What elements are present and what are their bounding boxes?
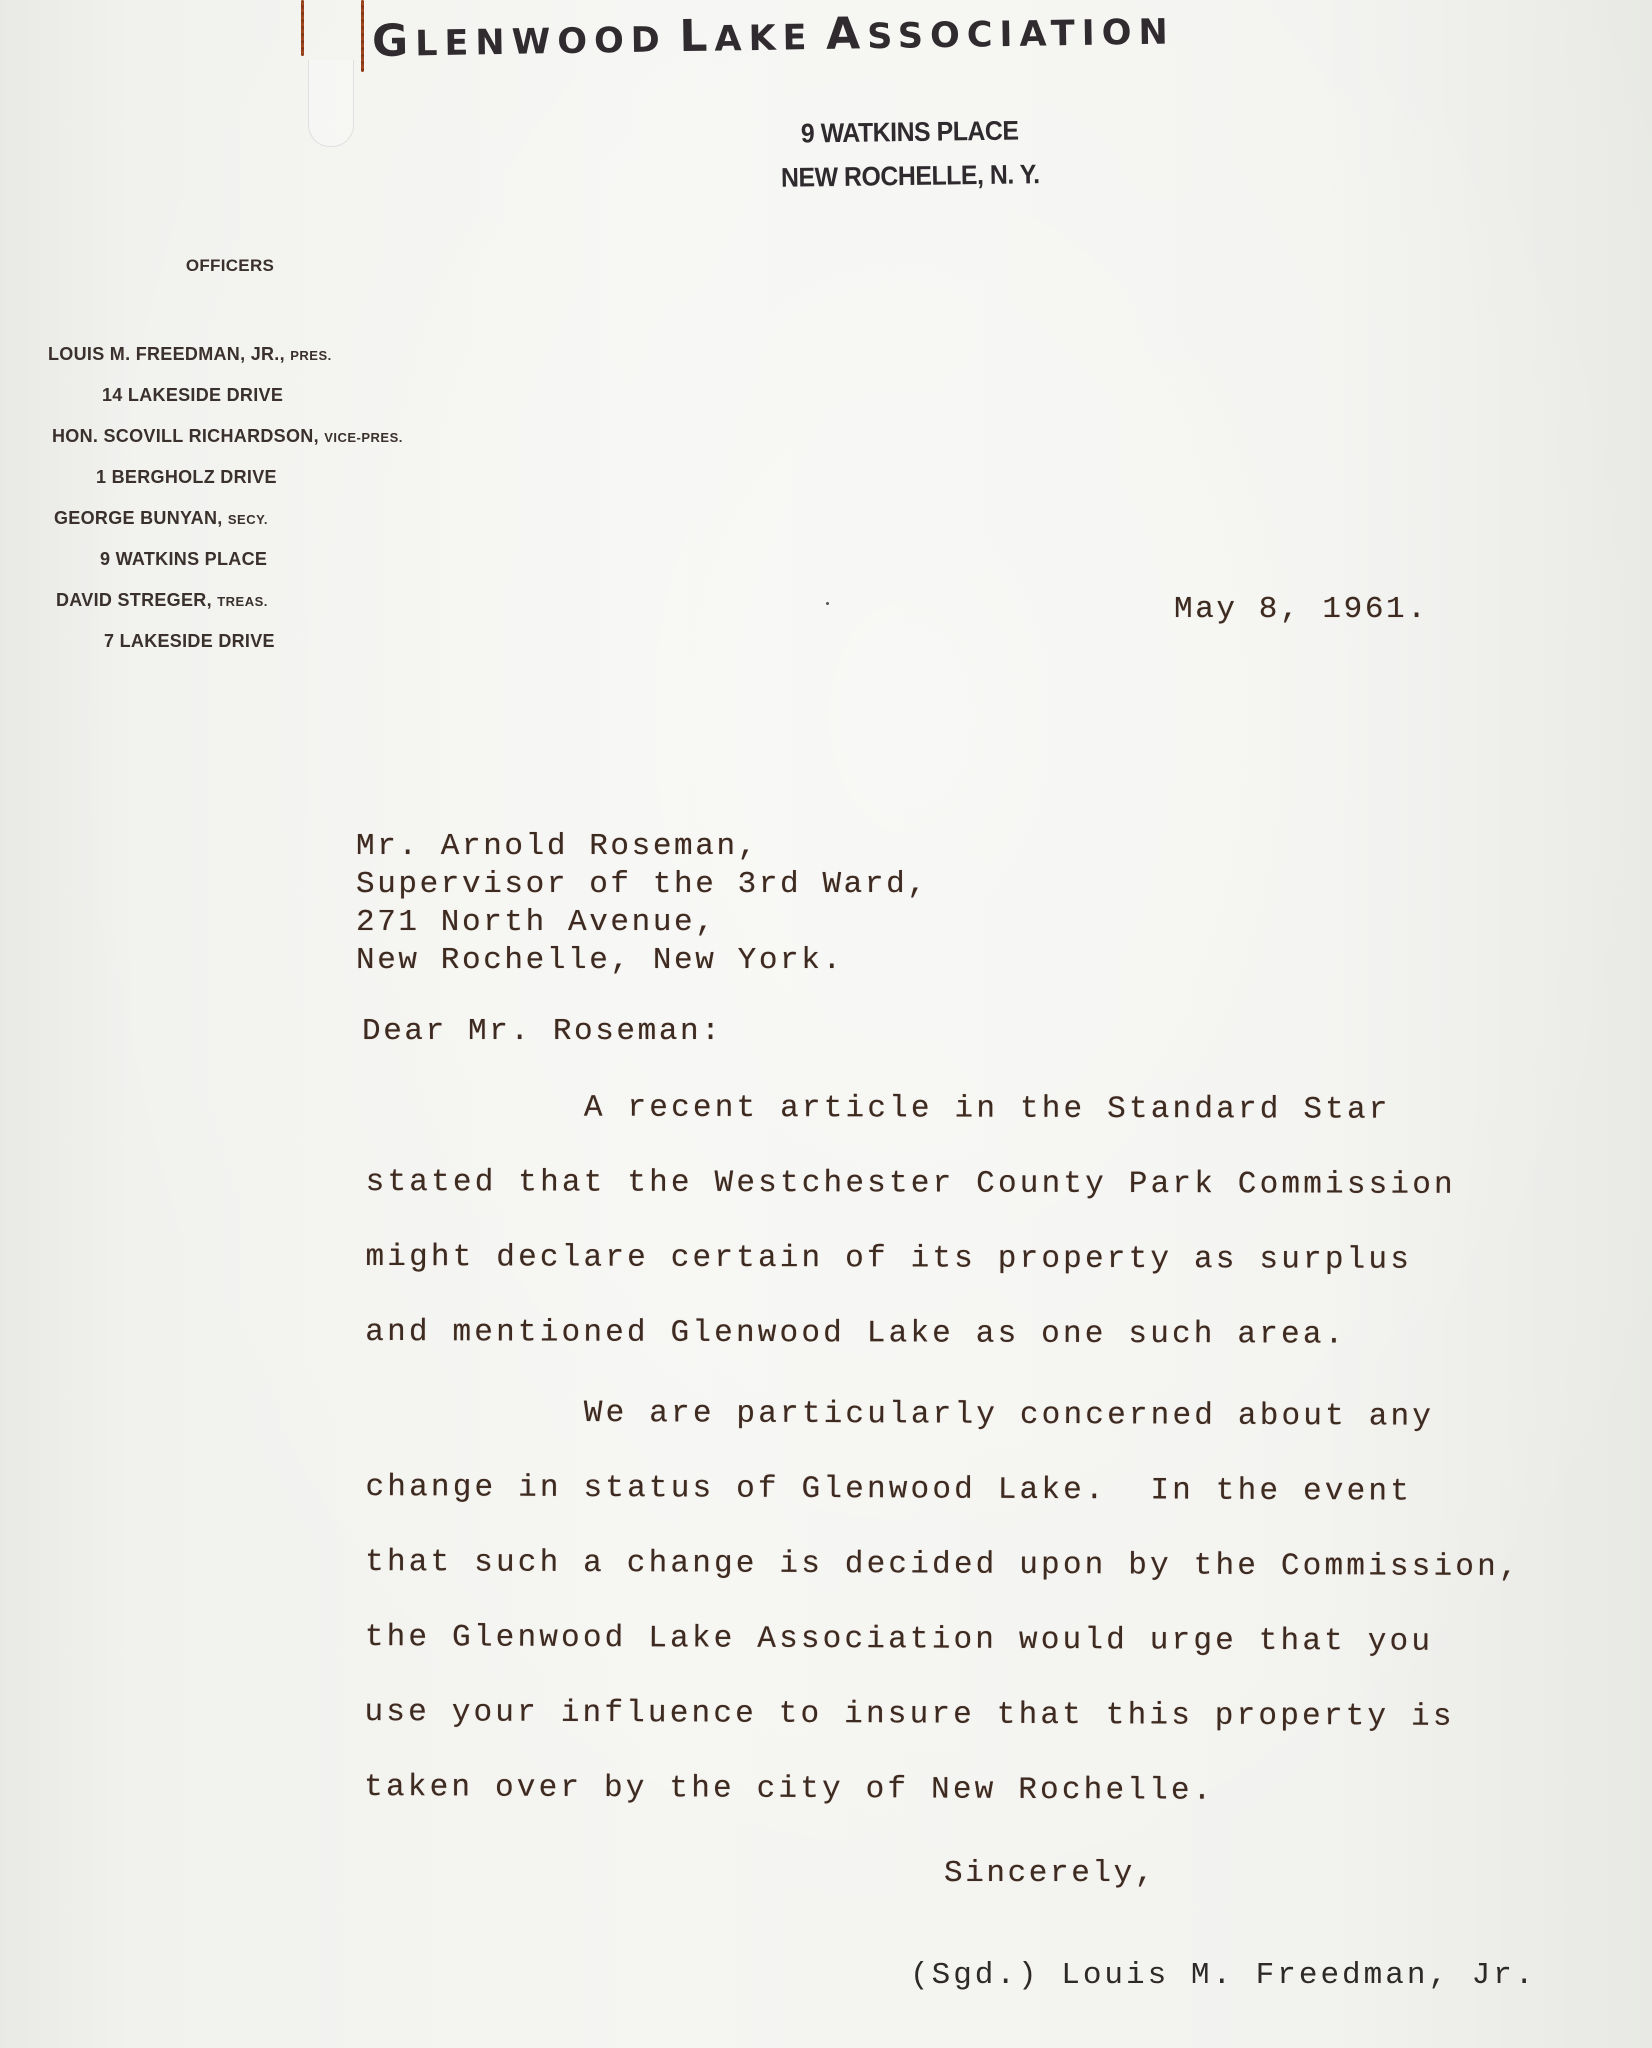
staple-mark [301, 0, 304, 56]
officer-title: SECY. [228, 512, 268, 527]
officer-name: LOUIS M. FREEDMAN, JR., PRES. [40, 334, 580, 375]
officer-name: HON. SCOVILL RICHARDSON, VICE-PRES. [40, 416, 580, 457]
officers-list: OFFICERS LOUIS M. FREEDMAN, JR., PRES. 1… [40, 256, 580, 662]
paper-crease [308, 60, 354, 147]
recipient-line: Supervisor of the 3rd Ward, [356, 866, 928, 904]
body-paragraph: We are particularly concerned about any … [364, 1375, 1522, 1830]
org-initial: G [372, 15, 416, 67]
officer-name-text: HON. SCOVILL RICHARDSON, [52, 426, 324, 446]
officer-title: VICE-PRES. [324, 430, 403, 445]
letter-date: May 8, 1961. [1174, 592, 1428, 627]
body-paragraph: A recent article in the Standard Star st… [365, 1070, 1456, 1373]
paragraph-line: that such a change is decided upon by th… [365, 1525, 1521, 1605]
paragraph-line: taken over by the city of New Rochelle. [364, 1750, 1520, 1830]
staple-mark [361, 0, 364, 72]
officer-name: DAVID STREGER, TREAS. [40, 580, 580, 621]
salutation: Dear Mr. Roseman: [362, 1014, 722, 1049]
closing: Sincerely, [944, 1856, 1156, 1891]
officer-name-text: GEORGE BUNYAN, [54, 508, 228, 528]
signature: (Sgd.) Louis M. Freedman, Jr. [910, 1958, 1537, 1993]
org-word: LENWOOD [415, 20, 667, 64]
letterhead-address-line-2: NEW ROCHELLE, N. Y. [717, 151, 1104, 200]
officer-title: TREAS. [217, 594, 268, 609]
recipient-line: New Rochelle, New York. [356, 942, 928, 980]
paragraph-line: and mentioned Glenwood Lake as one such … [365, 1295, 1455, 1373]
org-initial: L [679, 11, 715, 63]
recipient-line: Mr. Arnold Roseman, [356, 828, 928, 866]
paragraph-line: We are particularly concerned about any [366, 1375, 1522, 1455]
ink-speck [826, 602, 829, 605]
officer-title: PRES. [290, 348, 332, 363]
paragraph-line: stated that the Westchester County Park … [366, 1145, 1456, 1223]
officer-address: 14 LAKESIDE DRIVE [40, 375, 580, 416]
officer-name-text: LOUIS M. FREEDMAN, JR., [48, 344, 290, 364]
org-initial: A [826, 8, 868, 60]
officer-address: 1 BERGHOLZ DRIVE [40, 457, 580, 498]
officer-name: GEORGE BUNYAN, SECY. [40, 498, 580, 539]
paragraph-line: A recent article in the Standard Star [366, 1070, 1456, 1148]
org-word: AKE [714, 18, 814, 60]
officer-address: 7 LAKESIDE DRIVE [40, 621, 580, 662]
officer-address: 9 WATKINS PLACE [40, 539, 580, 580]
org-word: SSOCIATION [867, 12, 1175, 57]
paragraph-line: might declare certain of its property as… [365, 1220, 1455, 1298]
recipient-line: 271 North Avenue, [356, 904, 928, 942]
officers-heading: OFFICERS [40, 256, 420, 276]
paragraph-line: the Glenwood Lake Association would urge… [365, 1600, 1521, 1680]
paragraph-line: change in status of Glenwood Lake. In th… [365, 1450, 1521, 1530]
organization-name: GLENWOOD LAKE ASSOCIATION [372, 3, 1176, 67]
recipient-address: Mr. Arnold Roseman,Supervisor of the 3rd… [356, 828, 928, 980]
officer-name-text: DAVID STREGER, [56, 590, 217, 610]
paragraph-line: use your influence to insure that this p… [364, 1675, 1520, 1755]
letterhead-address-line-1: 9 WATKINS PLACE [716, 107, 1103, 156]
letterhead-address: 9 WATKINS PLACE NEW ROCHELLE, N. Y. [699, 107, 1120, 201]
